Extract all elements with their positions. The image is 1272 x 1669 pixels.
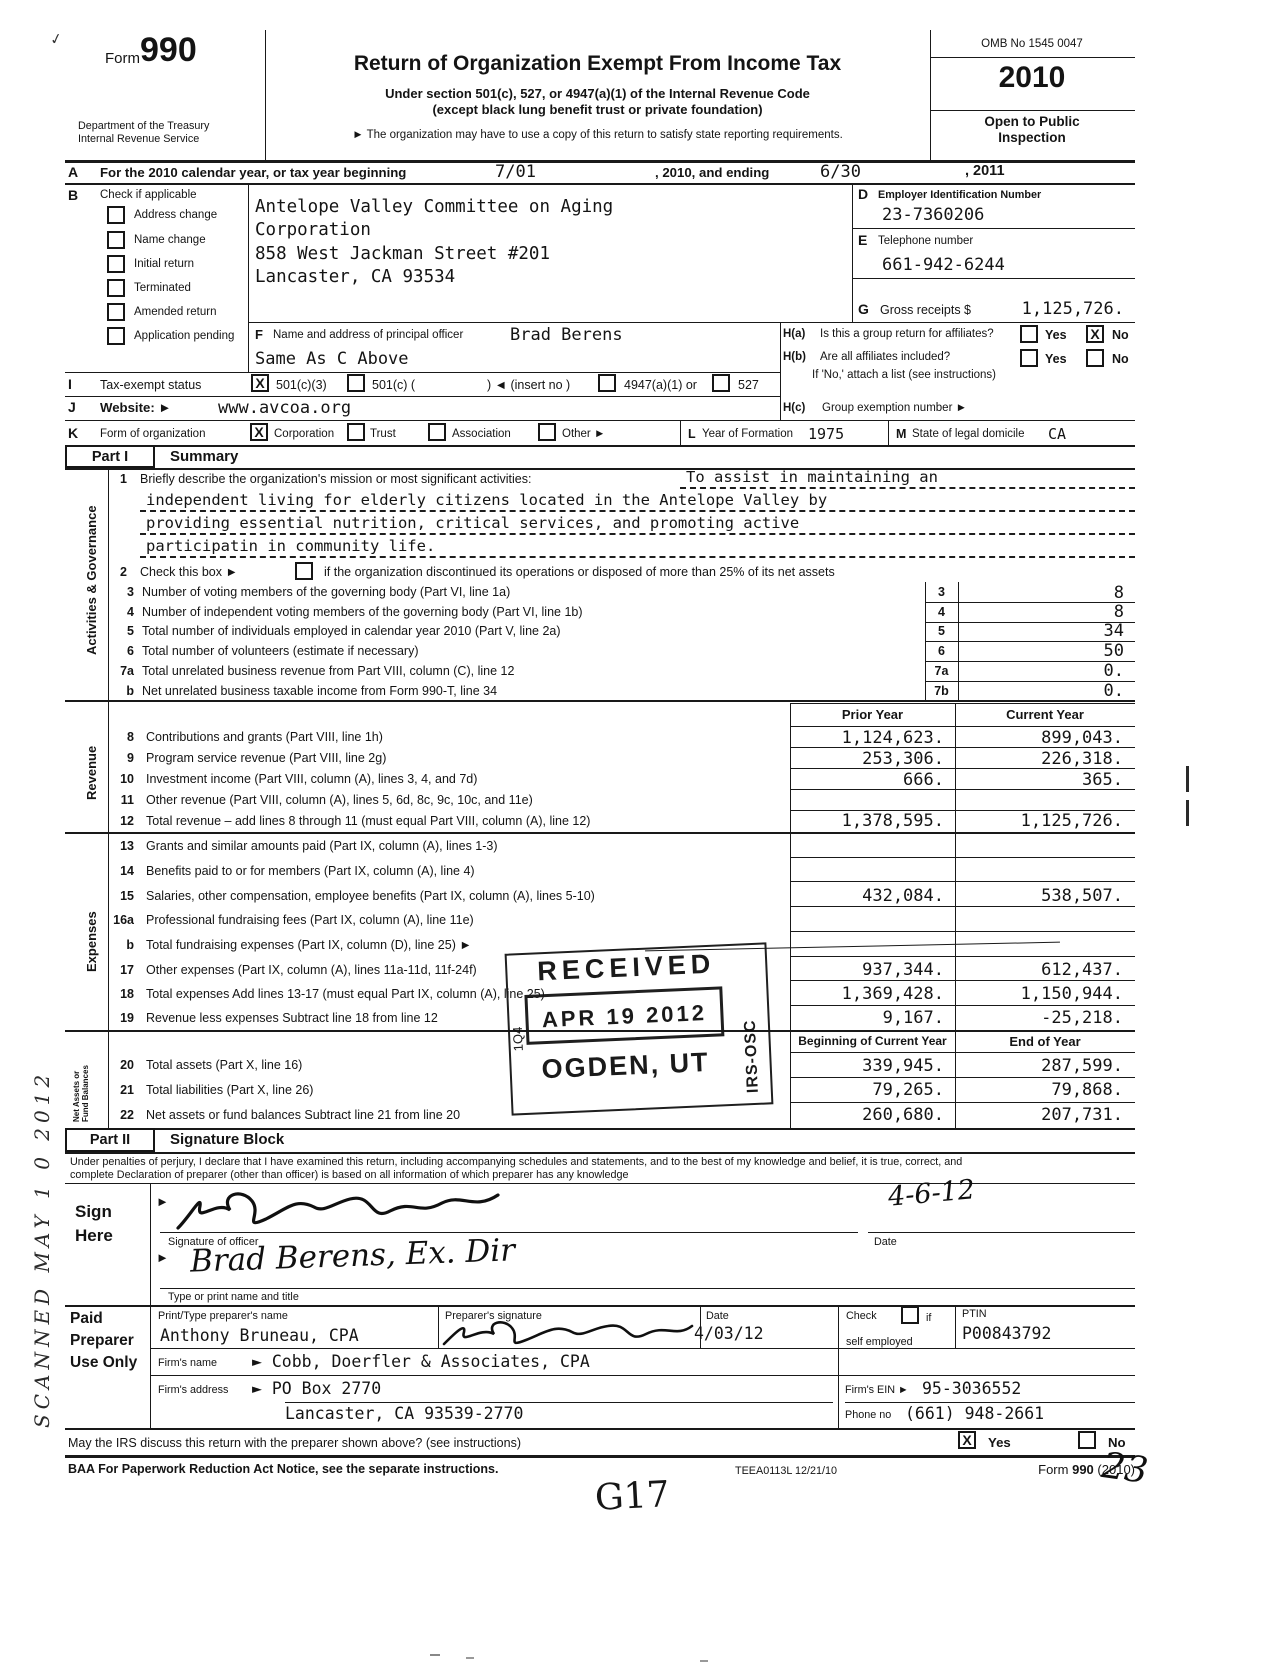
row-ref-box: 6 — [925, 644, 958, 658]
mission-line-2: independent living for elderly citizens … — [140, 491, 1135, 512]
current-value: 365. — [957, 770, 1129, 790]
line-a-mid: , 2010, and ending — [655, 165, 769, 180]
row-number: 12 — [108, 814, 134, 828]
row-number: 8 — [108, 730, 134, 744]
row-ref-box: 7a — [925, 664, 958, 678]
line2-number: 2 — [120, 565, 127, 579]
scan-artifact — [430, 1654, 440, 1656]
row-number: 18 — [108, 987, 134, 1001]
row-label: Professional fundraising fees (Part IX, … — [146, 913, 474, 927]
hc-letter: H(c) — [783, 402, 805, 414]
legal-domicile-label: State of legal domicile — [912, 428, 1025, 440]
row-number: 4 — [108, 605, 134, 619]
prior-value: 1,378,595. — [792, 811, 950, 831]
hb-question: Are all affiliates included? — [820, 351, 950, 363]
hb-yes-checkbox — [1020, 349, 1038, 367]
prior-year-header: Prior Year — [790, 707, 955, 722]
row-number: 22 — [108, 1108, 134, 1122]
checkbox-label: Application pending — [134, 330, 234, 342]
part1-tag-box: Part I — [65, 445, 155, 468]
org-form-trust-label: Trust — [370, 428, 396, 440]
section-f-letter: F — [255, 327, 263, 342]
row-label: Other expenses (Part IX, column (A), lin… — [146, 963, 477, 977]
beginning-year-header: Beginning of Current Year — [790, 1034, 955, 1048]
part1-title: Summary — [170, 448, 238, 465]
scan-artifact — [1186, 800, 1189, 826]
here-label: Here — [75, 1226, 113, 1246]
line-j-letter: J — [68, 399, 76, 415]
row-number: 20 — [108, 1058, 134, 1072]
section-b-letter: B — [68, 187, 78, 203]
section-g-letter: G — [858, 301, 869, 317]
row-label: Net assets or fund balances Subtract lin… — [146, 1108, 460, 1122]
legal-domicile-value: CA — [1048, 425, 1066, 443]
line1-label: Briefly describe the organization's miss… — [140, 472, 531, 486]
preparer-date-label: Date — [706, 1310, 729, 1322]
paid-label: Paid — [70, 1310, 103, 1328]
current-value: 899,043. — [957, 728, 1129, 748]
checkbox-label: Address change — [134, 209, 217, 221]
form-word: Form — [105, 50, 140, 67]
row-value: 8 — [958, 602, 1130, 622]
row-number: 3 — [108, 585, 134, 599]
preparer-signature-scrawl — [440, 1316, 695, 1350]
org-form-label: Form of organization — [100, 428, 205, 440]
firm-address-value-2: Lancaster, CA 93539-2770 — [285, 1404, 523, 1423]
phone-value: 661-942-6244 — [882, 255, 1005, 275]
checkbox-label: Amended return — [134, 306, 216, 318]
begin-value: 260,680. — [792, 1105, 950, 1125]
checkbox-label: Terminated — [134, 282, 191, 294]
row-number: b — [108, 938, 134, 952]
row-label: Net unrelated business taxable income fr… — [142, 684, 497, 698]
row-number: 17 — [108, 963, 134, 977]
prior-value: 937,344. — [792, 960, 950, 980]
status-501c3-checkbox: X — [251, 374, 269, 392]
begin-value: 339,945. — [792, 1056, 950, 1076]
row-number: 10 — [108, 772, 134, 786]
checkbox-name-change — [107, 231, 125, 249]
end-value: 79,868. — [957, 1080, 1129, 1100]
row-number: 15 — [108, 889, 134, 903]
row-number: 21 — [108, 1083, 134, 1097]
open-to-public-label: Open to PublicInspection — [932, 114, 1132, 146]
tax-year: 2010 — [932, 61, 1132, 95]
org-form-corporation-label: Corporation — [274, 428, 334, 440]
website-label: Website: ► — [100, 400, 171, 415]
row-ref-box: 5 — [925, 624, 958, 638]
current-value: 1,150,944. — [957, 984, 1129, 1004]
ptin-label: PTIN — [962, 1308, 987, 1320]
row-number: 9 — [108, 751, 134, 765]
status-4947-checkbox — [598, 374, 616, 392]
line2-label-b: if the organization discontinued its ope… — [324, 565, 835, 579]
tax-exempt-status-label: Tax-exempt status — [100, 378, 201, 392]
irs-received-stamp: RECEIVED APR 19 2012 OGDEN, UT IRS-OSC 1… — [505, 942, 774, 1115]
principal-officer-label: Name and address of principal officer — [273, 329, 463, 341]
ein-value: 23-7360206 — [882, 205, 984, 225]
row-label: Other revenue (Part VIII, column (A), li… — [146, 793, 533, 807]
status-527-checkbox — [712, 374, 730, 392]
irs-discuss-question: May the IRS discuss this return with the… — [68, 1436, 521, 1450]
row-number: 5 — [108, 624, 134, 638]
row-label: Total assets (Part X, line 16) — [146, 1058, 302, 1072]
row-label: Revenue less expenses Subtract line 18 f… — [146, 1011, 438, 1025]
row-label: Program service revenue (Part VIII, line… — [146, 751, 386, 765]
line-i-letter: I — [68, 376, 72, 392]
legal-domicile-letter: M — [896, 427, 906, 441]
form-subtitle-2: (except black lung benefit trust or priv… — [270, 102, 925, 117]
firm-ein-value: 95-3036552 — [922, 1379, 1021, 1398]
status-4947-label: 4947(a)(1) or — [624, 378, 697, 392]
preparer-name-value: Anthony Bruneau, CPA — [160, 1326, 359, 1345]
principal-officer-address: Same As C Above — [255, 349, 409, 369]
status-insert-no-label: ) ◄ (insert no ) — [487, 378, 570, 392]
officer-signature-scrawl — [172, 1186, 502, 1232]
ein-label: Employer Identification Number — [878, 189, 1041, 201]
row-label: Investment income (Part VIII, column (A)… — [146, 772, 477, 786]
ha-yes-checkbox — [1020, 325, 1038, 343]
firm-address-label: Firm's address — [158, 1384, 228, 1396]
row-ref-box: 3 — [925, 585, 958, 599]
row-number: 11 — [108, 793, 134, 807]
state-reporting-note: ► The organization may have to use a cop… — [270, 129, 925, 141]
ha-question: Is this a group return for affiliates? — [820, 328, 994, 340]
row-number: 6 — [108, 644, 134, 658]
stamp-place: OGDEN, UT — [541, 1047, 710, 1085]
hb-note: If 'No,' attach a list (see instructions… — [812, 369, 996, 381]
row-label: Grants and similar amounts paid (Part IX… — [146, 839, 498, 853]
org-form-trust-checkbox — [347, 423, 365, 441]
part2-title: Signature Block — [170, 1131, 284, 1148]
discuss-yes-label: Yes — [988, 1435, 1011, 1450]
row-number: 13 — [108, 839, 134, 853]
signature-arrow: ► — [156, 1194, 169, 1209]
gross-receipts-value: 1,125,726. — [898, 299, 1130, 319]
line-a-text: For the 2010 calendar year, or tax year … — [100, 165, 406, 180]
row-ref-box: 7b — [925, 684, 958, 698]
phone-no-label: Phone no — [845, 1409, 891, 1421]
tax-year-end-value: 6/30 — [820, 162, 861, 182]
scan-artifact — [700, 1660, 708, 1662]
line1-number: 1 — [120, 472, 127, 486]
mission-line-4: participatin in community life. — [140, 537, 1135, 558]
self-employed-label: self employed — [846, 1336, 913, 1348]
line2-label-a: Check this box ► — [140, 565, 238, 579]
row-value: 0. — [958, 661, 1130, 681]
firm-address-value: ► PO Box 2770 — [252, 1379, 381, 1398]
printed-name-arrow: ► — [156, 1250, 169, 1265]
prior-value: 666. — [792, 770, 950, 790]
hc-label: Group exemption number ► — [822, 402, 967, 414]
stamp-irs-osc: IRS-OSC — [742, 1019, 763, 1093]
current-year-header: Current Year — [955, 707, 1135, 722]
form-number: 990 — [140, 31, 197, 70]
signature-date-handwritten: 4-6-12 — [887, 1174, 976, 1212]
row-ref-box: 4 — [925, 605, 958, 619]
org-address-line1: 858 West Jackman Street #201 — [255, 244, 550, 264]
sign-label: Sign — [75, 1202, 112, 1222]
type-or-print-caption: Type or print name and title — [168, 1291, 299, 1303]
sidebar-revenue: Revenue — [84, 746, 99, 800]
current-value: 612,437. — [957, 960, 1129, 980]
current-value: -25,218. — [957, 1008, 1129, 1028]
principal-officer-name: Brad Berens — [510, 325, 623, 345]
ha-no-label: No — [1112, 328, 1129, 342]
hb-letter: H(b) — [783, 351, 806, 363]
discontinued-operations-checkbox — [295, 562, 313, 580]
date-caption: Date — [874, 1236, 897, 1248]
prior-value: 1,124,623. — [792, 728, 950, 748]
preparer-date-value: 4/03/12 — [694, 1324, 764, 1343]
mission-line-1: To assist in maintaining an — [680, 468, 1135, 489]
section-b-label: Check if applicable — [100, 189, 197, 201]
sidebar-expenses: Expenses — [84, 911, 99, 972]
ha-yes-label: Yes — [1045, 328, 1067, 342]
ha-letter: H(a) — [783, 328, 805, 340]
tax-year-begin-value: 7/01 — [495, 162, 536, 182]
end-value: 287,599. — [957, 1056, 1129, 1076]
check-if-label: if — [926, 1312, 931, 1324]
line-k-letter: K — [68, 425, 78, 441]
stamp-side-code: 1Q4 — [510, 1026, 526, 1051]
pen-tick-mark: ✓ — [48, 29, 64, 49]
form-990-page: ✓ Form 990 Department of the TreasuryInt… — [0, 0, 1272, 1669]
form-title: Return of Organization Exempt From Incom… — [270, 52, 925, 76]
row-number: 14 — [108, 864, 134, 878]
row-value: 0. — [958, 681, 1130, 701]
checkbox-label: Name change — [134, 234, 206, 246]
row-label: Total revenue – add lines 8 through 11 (… — [146, 814, 590, 828]
row-label: Total liabilities (Part X, line 26) — [146, 1083, 313, 1097]
baa-notice: BAA For Paperwork Reduction Act Notice, … — [68, 1462, 498, 1476]
discuss-no-checkbox — [1078, 1431, 1096, 1449]
prior-value: 432,084. — [792, 886, 950, 906]
hb-yes-label: Yes — [1045, 352, 1067, 366]
scan-artifact — [466, 1657, 474, 1659]
org-form-corporation-checkbox: X — [250, 423, 268, 441]
check-label: Check — [846, 1310, 877, 1322]
org-form-association-checkbox — [428, 423, 446, 441]
row-value: 50 — [958, 641, 1130, 661]
mission-line-3: providing essential nutrition, critical … — [140, 514, 1135, 535]
phone-label: Telephone number — [878, 235, 973, 247]
checkbox-amended-return — [107, 303, 125, 321]
preparer-name-label: Print/Type preparer's name — [158, 1310, 288, 1322]
discuss-yes-checkbox: X — [958, 1431, 976, 1449]
row-label: Number of independent voting members of … — [142, 605, 583, 619]
prior-value: 253,306. — [792, 749, 950, 769]
org-form-other-checkbox — [538, 423, 556, 441]
line-a-letter: A — [68, 164, 78, 180]
status-501c3-label: 501(c)(3) — [276, 378, 327, 392]
firm-ein-label: Firm's EIN ► — [845, 1384, 909, 1396]
sidebar-activities-governance: Activities & Governance — [84, 505, 99, 655]
checkbox-initial-return — [107, 255, 125, 273]
firm-phone-value: (661) 948-2661 — [905, 1404, 1044, 1423]
org-form-association-label: Association — [452, 428, 511, 440]
form-subtitle-1: Under section 501(c), 527, or 4947(a)(1)… — [270, 86, 925, 101]
status-501c-label: 501(c) ( — [372, 378, 415, 392]
status-527-label: 527 — [738, 378, 759, 392]
firm-name-label: Firm's name — [158, 1357, 217, 1369]
use-only-label: Use Only — [70, 1354, 137, 1372]
scanned-date-annotation: SCANNED MAY 1 0 2012 — [30, 1070, 54, 1428]
org-name-line2: Corporation — [255, 220, 371, 240]
begin-value: 79,265. — [792, 1080, 950, 1100]
org-form-other-label: Other ► — [562, 428, 605, 440]
row-label: Contributions and grants (Part VIII, lin… — [146, 730, 383, 744]
sidebar-net-assets: Net Assets orFund Balances — [72, 1065, 90, 1122]
treasury-dept-label: Department of the TreasuryInternal Reven… — [78, 120, 209, 146]
handwritten-scribble: 23 — [1099, 1445, 1150, 1492]
stamp-received-text: RECEIVED — [537, 949, 716, 988]
prior-value: 1,369,428. — [792, 984, 950, 1004]
end-year-header: End of Year — [955, 1034, 1135, 1049]
preparer-label: Preparer — [70, 1332, 134, 1350]
org-address-line2: Lancaster, CA 93534 — [255, 267, 455, 287]
row-label: Total expenses Add lines 13-17 (must equ… — [146, 987, 545, 1001]
row-label: Total unrelated business revenue from Pa… — [142, 664, 514, 678]
checkbox-address-change — [107, 206, 125, 224]
hb-no-checkbox — [1086, 349, 1104, 367]
row-label: Benefits paid to or for members (Part IX… — [146, 864, 475, 878]
year-of-formation-letter: L — [688, 427, 696, 441]
self-employed-checkbox — [901, 1306, 919, 1324]
row-label: Salaries, other compensation, employee b… — [146, 889, 595, 903]
row-number: 19 — [108, 1011, 134, 1025]
status-501c-checkbox — [347, 374, 365, 392]
current-value: 538,507. — [957, 886, 1129, 906]
year-of-formation-value: 1975 — [808, 425, 844, 443]
part2-tag-box: Part II — [65, 1128, 155, 1152]
section-e-letter: E — [858, 232, 867, 248]
row-value: 34 — [958, 621, 1130, 641]
year-of-formation-label: Year of Formation — [702, 428, 793, 440]
scan-artifact — [1186, 766, 1189, 792]
row-value: 8 — [958, 583, 1130, 603]
firm-name-value: ► Cobb, Doerfler & Associates, CPA — [252, 1352, 590, 1371]
ptin-value: P00843792 — [962, 1324, 1051, 1343]
line-a-end: , 2011 — [965, 163, 1005, 179]
form-code: TEEA0113L 12/21/10 — [735, 1465, 837, 1477]
prior-value: 9,167. — [792, 1008, 950, 1028]
current-value: 226,318. — [957, 749, 1129, 769]
row-label: Total number of volunteers (estimate if … — [142, 644, 419, 658]
checkbox-terminated — [107, 279, 125, 297]
org-name-line1: Antelope Valley Committee on Aging — [255, 197, 613, 217]
website-value: www.avcoa.org — [218, 398, 351, 418]
row-number: 16a — [100, 913, 134, 927]
section-d-letter: D — [858, 186, 868, 202]
row-label: Number of voting members of the governin… — [142, 585, 510, 599]
ha-no-checkbox: X — [1086, 325, 1104, 343]
hb-no-label: No — [1112, 352, 1129, 366]
checkbox-label: Initial return — [134, 258, 194, 270]
row-number: 7a — [108, 664, 134, 678]
checkbox-application-pending — [107, 327, 125, 345]
handwritten-g17: G17 — [594, 1474, 671, 1519]
omb-number: OMB No 1545 0047 — [932, 38, 1132, 50]
row-label: Total number of individuals employed in … — [142, 624, 561, 638]
row-number: b — [108, 684, 134, 698]
stamp-date: APR 19 2012 — [524, 986, 724, 1045]
row-label: Total fundraising expenses (Part IX, col… — [146, 938, 472, 952]
end-value: 207,731. — [957, 1105, 1129, 1125]
current-value: 1,125,726. — [957, 811, 1129, 831]
